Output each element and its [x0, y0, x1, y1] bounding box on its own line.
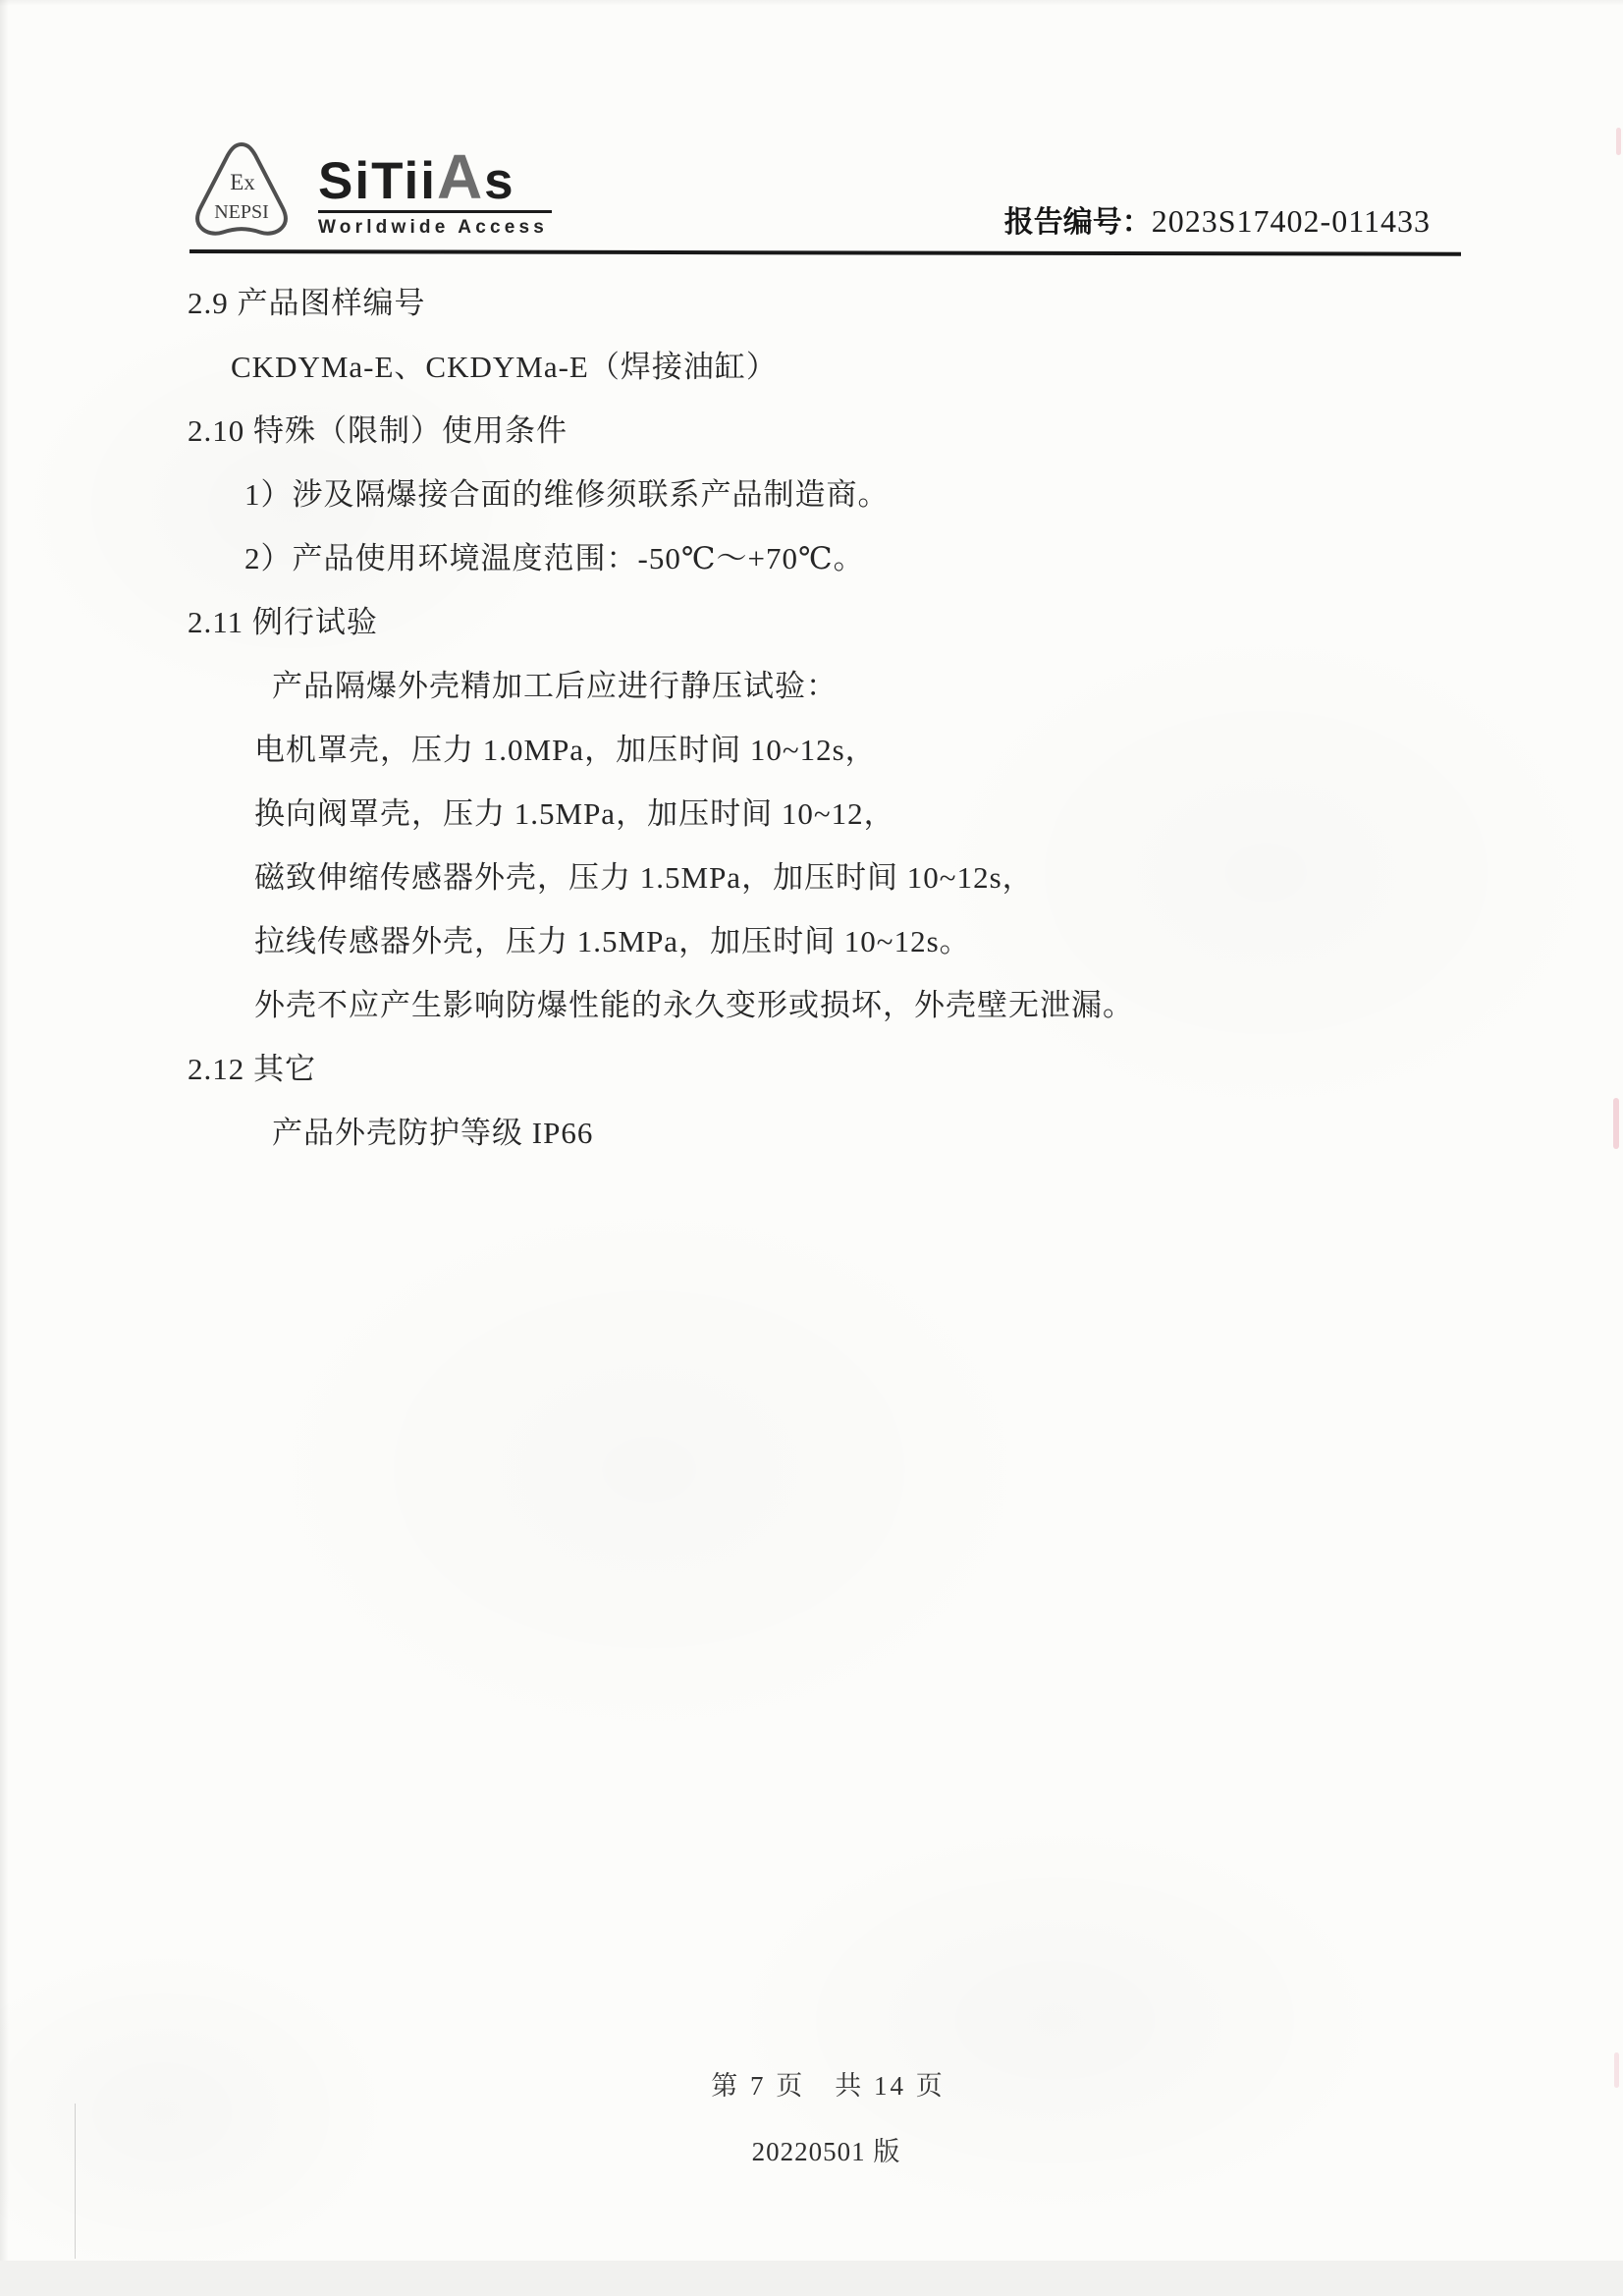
- version-label: 20220501 版: [0, 2130, 1623, 2168]
- logo: Ex NEPSI SiTiiAs Worldwide Access: [190, 139, 552, 242]
- nepsi-ex-mark-icon: Ex NEPSI: [190, 139, 293, 242]
- text-line: 外壳不应产生影响防爆性能的永久变形或损坏，外壳壁无泄漏。: [254, 973, 1623, 1037]
- scan-artifact-line: [75, 2104, 76, 2259]
- report-number-label: 报告编号：: [1004, 206, 1152, 239]
- header-divider: [189, 249, 1461, 256]
- section-heading: 2.11 例行试验: [188, 590, 1623, 654]
- text-line: 拉线传感器外壳，压力 1.5MPa，加压时间 10~12s。: [254, 909, 1623, 973]
- wordmark-left: SiTii: [318, 152, 437, 210]
- text-line: 换向阀罩壳，压力 1.5MPa，加压时间 10~12，: [254, 782, 1623, 846]
- nepsi-mark-ex-label: Ex: [230, 170, 255, 194]
- brand-wordmark: SiTiiAs: [318, 149, 552, 209]
- text-line: 1）涉及隔爆接合面的维修须联系产品制造商。: [244, 463, 1623, 526]
- scan-bottom-edge: [0, 2261, 1623, 2296]
- brand-tagline: Worldwide Access: [318, 217, 552, 239]
- text-line: 磁致伸缩传感器外壳，压力 1.5MPa，加压时间 10~12s，: [254, 846, 1623, 909]
- text-line: 电机罩壳，压力 1.0MPa，加压时间 10~12s，: [254, 718, 1623, 782]
- text-line: 2）产品使用环境温度范围：-50℃～+70℃。: [244, 526, 1623, 590]
- text-line: 产品外壳防护等级 IP66: [272, 1101, 1623, 1165]
- nepsi-mark-nepsi-label: NEPSI: [214, 201, 269, 223]
- section-heading: 2.9 产品图样编号: [188, 271, 1623, 335]
- section-heading: 2.10 特殊（限制）使用条件: [188, 399, 1623, 463]
- text-line: CKDYMa-E、CKDYMa-E（焊接油缸）: [231, 335, 1623, 399]
- text-line: 产品隔爆外壳精加工后应进行静压试验：: [272, 654, 1623, 718]
- wordmark-right: s: [484, 152, 514, 210]
- scan-red-mark: [1616, 128, 1621, 155]
- document-body: 2.9 产品图样编号 CKDYMa-E、CKDYMa-E（焊接油缸） 2.10 …: [0, 271, 1623, 1165]
- wordmark-a: A: [437, 141, 484, 212]
- page-number: 第 7 页 共 14 页: [0, 2064, 1623, 2103]
- report-number: 报告编号：2023S17402-011433: [1004, 197, 1431, 241]
- wordmark-underline: [318, 210, 552, 213]
- brand-wordmark-block: SiTiiAs Worldwide Access: [318, 149, 552, 239]
- scan-top-edge-shadow: [0, 0, 1623, 6]
- report-number-value: 2023S17402-011433: [1152, 203, 1431, 239]
- section-heading: 2.12 其它: [188, 1037, 1623, 1101]
